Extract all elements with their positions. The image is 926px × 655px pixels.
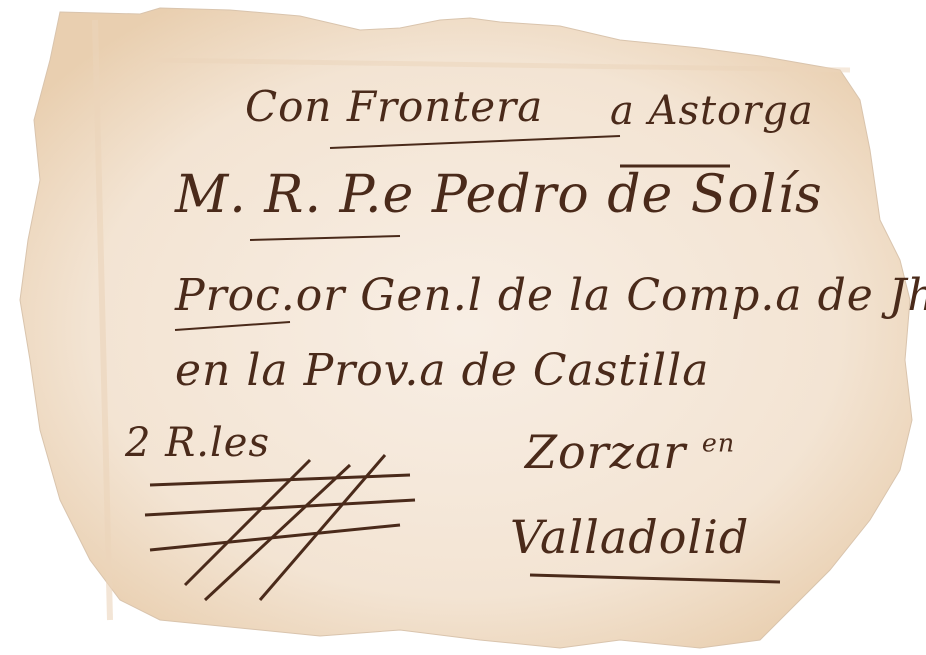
addressee-line: M. R. P.e Pedro de Solís xyxy=(175,165,823,225)
postage-note: 2 R.les xyxy=(125,420,270,466)
destination-city: Valladolid xyxy=(510,510,749,564)
addressee-title: M. R. P.e xyxy=(175,165,414,225)
province-line: en la Prov.a de Castilla xyxy=(175,345,709,396)
office-line: Proc.or Gen.l de la Comp.a de Jhs xyxy=(175,270,926,321)
destination-place: Zorzar en xyxy=(525,425,735,479)
destination-prefix: en xyxy=(702,429,735,458)
addressee-name: Pedro de Solís xyxy=(432,165,823,225)
destination-place-name: Zorzar xyxy=(525,425,686,479)
document-sheet: Con Frontera a Astorga M. R. P.e Pedro d… xyxy=(0,0,926,655)
heading-right: a Astorga xyxy=(610,88,814,134)
heading-left: Con Frontera xyxy=(245,82,543,131)
